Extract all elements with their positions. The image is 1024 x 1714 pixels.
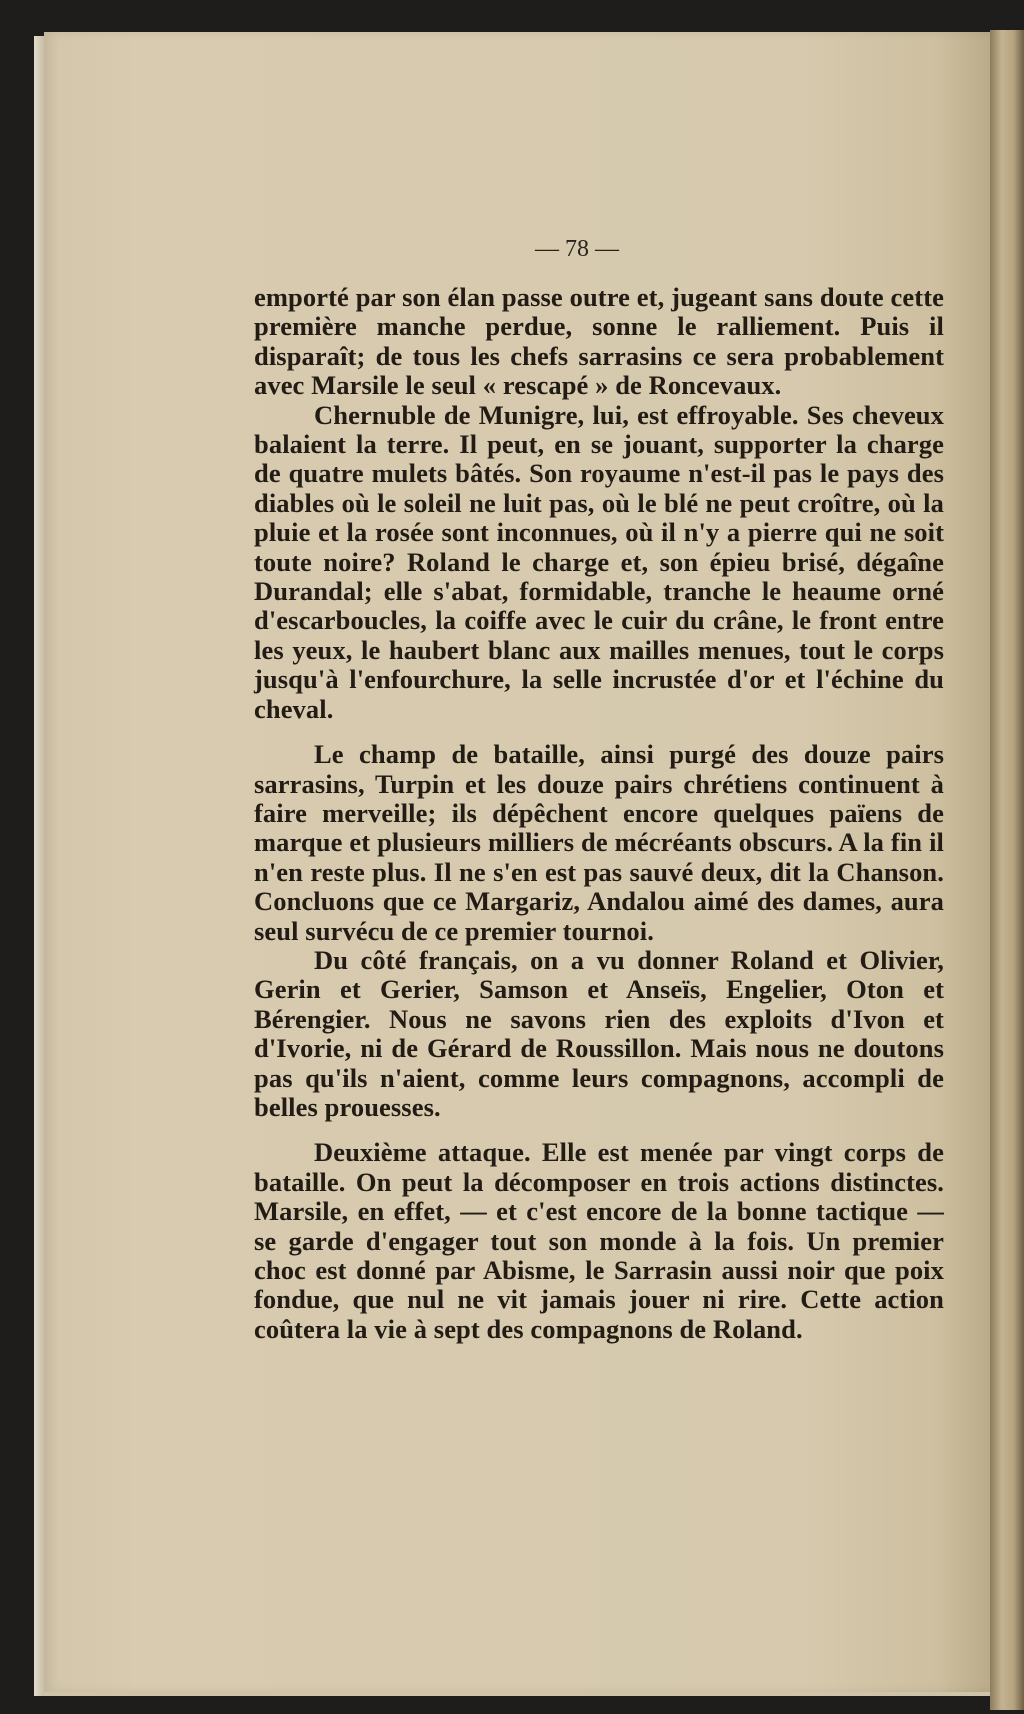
body-text: emporté par son élan passe outre et, jug… xyxy=(254,283,944,1344)
page-edge xyxy=(34,36,44,1696)
paragraph: Deuxième attaque. Elle est menée par vin… xyxy=(254,1138,944,1344)
paragraph: Le champ de bataille, ainsi purgé des do… xyxy=(254,740,944,946)
page-number-text: — 78 — xyxy=(535,236,619,263)
book-spine xyxy=(990,30,1024,1710)
paragraph: Du côté français, on a vu donner Roland … xyxy=(254,946,944,1122)
paragraph: Chernuble de Munigre, lui, est effroyabl… xyxy=(254,401,944,724)
paragraph: emporté par son élan passe outre et, jug… xyxy=(254,283,944,401)
page-number: — 78 — xyxy=(0,236,1024,263)
